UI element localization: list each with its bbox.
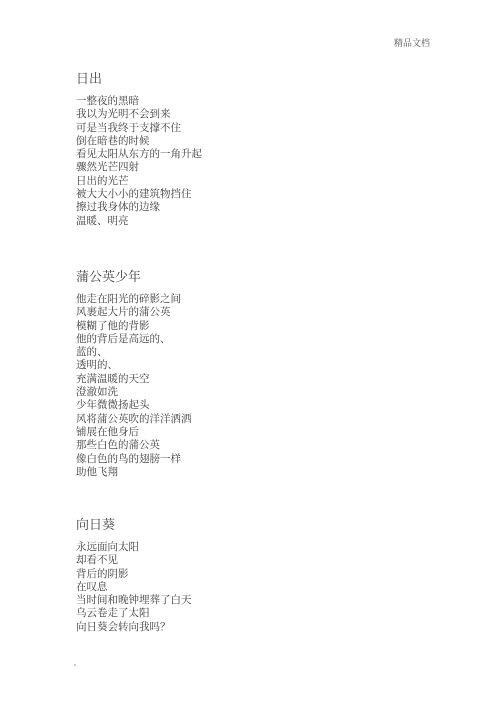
poem-line: 风裹起大片的蒲公英 (76, 306, 192, 319)
poem-line: 蓝的、 (76, 346, 192, 359)
poem-line: 我以为光明不会到来 (76, 108, 202, 121)
poem-line: 骤然光芒四射 (76, 161, 202, 174)
poem-dandelion-boy: 蒲公英少年 他走在阳光的碎影之间 风裹起大片的蒲公英 模糊了他的背影 他的背后是… (76, 266, 192, 479)
poem-line: 他的背后是高远的、 (76, 333, 192, 346)
poem-line: 少年微微扬起头 (76, 399, 192, 412)
poem-line: 在叹息 (76, 581, 192, 594)
poem-line: 擦过我身体的边缘 (76, 201, 202, 214)
stray-mark (74, 664, 76, 666)
poem-line: 澄澈如洗 (76, 386, 192, 399)
poem-line: 当时间和晚钟埋葬了白天 (76, 594, 192, 607)
poem-line: 向日葵会转向我吗？ (76, 621, 192, 634)
poem-line: 铺展在他身后 (76, 426, 192, 439)
poem-line: 被大大小小的建筑物挡住 (76, 188, 202, 201)
poem-line: 乌云卷走了太阳 (76, 607, 192, 620)
poem-line: 却看不见 (76, 554, 192, 567)
poem-sunrise: 日出 一整夜的黑暗 我以为光明不会到来 可是当我终于支撑不住 倒在暗巷的时候 看… (76, 68, 202, 228)
poem-line: 充满温暖的天空 (76, 373, 192, 386)
poem-line: 模糊了他的背影 (76, 320, 192, 333)
poem-line: 永远面向太阳 (76, 541, 192, 554)
poem-line: 像白色的鸟的翅膀一样 (76, 453, 192, 466)
poem-line: 他走在阳光的碎影之间 (76, 293, 192, 306)
poem-line: 背后的阴影 (76, 568, 192, 581)
poem-title: 向日葵 (76, 514, 192, 533)
poem-sunflower: 向日葵 永远面向太阳 却看不见 背后的阴影 在叹息 当时间和晚钟埋葬了白天 乌云… (76, 514, 192, 634)
poem-line: 倒在暗巷的时候 (76, 135, 202, 148)
poem-line: 一整夜的黑暗 (76, 95, 202, 108)
poem-title: 日出 (76, 68, 202, 87)
page-header: 精品文档 (394, 36, 430, 49)
poem-line: 那些白色的蒲公英 (76, 439, 192, 452)
poem-line: 风将蒲公英吹的洋洋洒洒 (76, 413, 192, 426)
poem-line: 温暖、明亮 (76, 215, 202, 228)
poem-line: 助他飞翔 (76, 466, 192, 479)
poem-title: 蒲公英少年 (76, 266, 192, 285)
poem-line: 日出的光芒 (76, 175, 202, 188)
poem-line: 看见太阳从东方的一角升起 (76, 148, 202, 161)
poem-line: 可是当我终于支撑不住 (76, 122, 202, 135)
poem-line: 透明的、 (76, 359, 192, 372)
